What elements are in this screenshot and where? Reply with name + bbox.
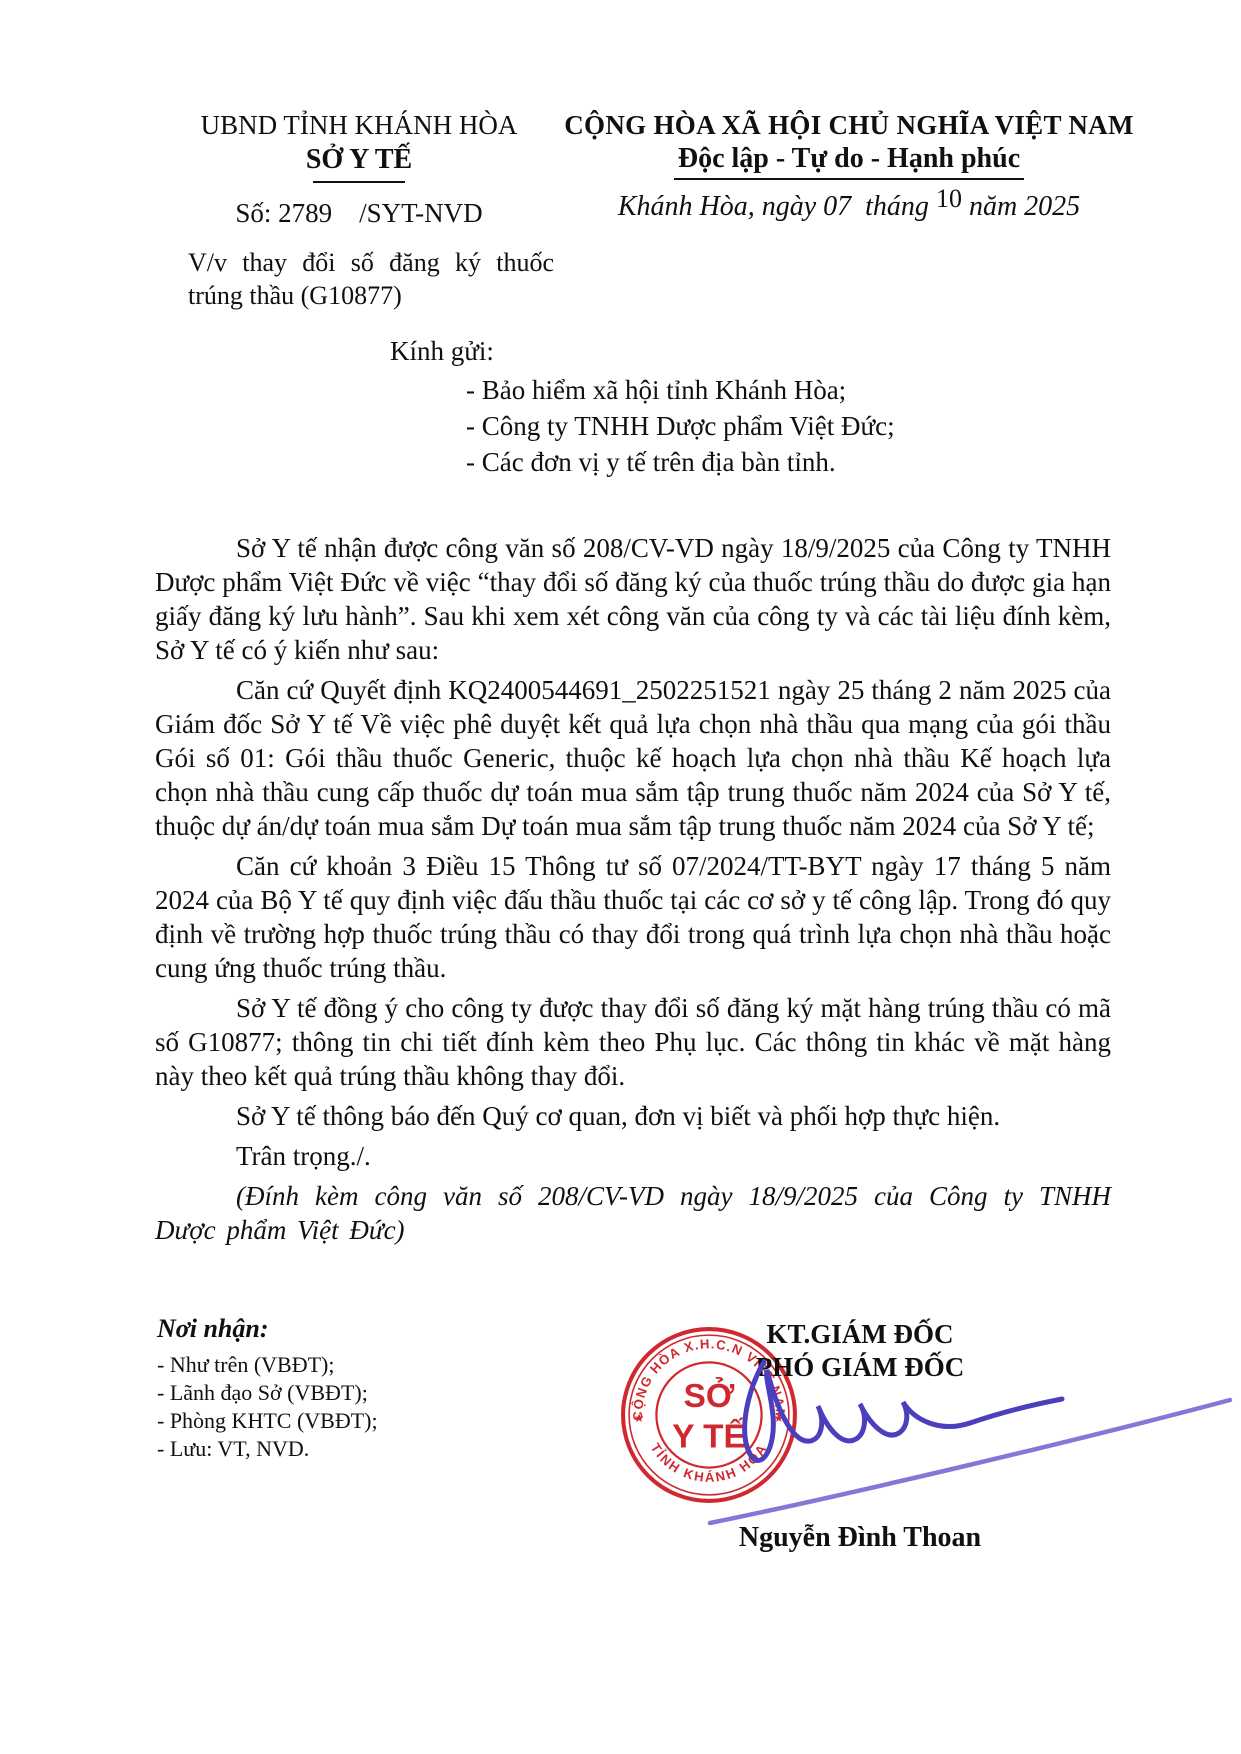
place-date-line: Khánh Hòa, ngày 07 tháng 10 năm 2025 <box>553 191 1145 223</box>
distribution-item: - Lãnh đạo Sở (VBĐT); <box>157 1379 378 1407</box>
seal-star-left-icon: ★ <box>634 1411 645 1425</box>
paragraph: Căn cứ khoản 3 Điều 15 Thông tư số 07/20… <box>155 849 1111 985</box>
recipient-line: - Các đơn vị y tế trên địa bàn tỉnh. <box>466 444 895 480</box>
signature-stroke-main <box>745 1362 1062 1460</box>
salutation-recipients: - Bảo hiểm xã hội tỉnh Khánh Hòa; - Công… <box>466 372 895 480</box>
subject-line: V/v thay đổi số đăng ký thuốc trúng thầu… <box>188 246 554 312</box>
paragraph: Sở Y tế thông báo đến Quý cơ quan, đơn v… <box>155 1099 1111 1133</box>
place-date-prefix: Khánh Hòa, ngày 07 <box>618 191 851 222</box>
recipient-line: - Bảo hiểm xã hội tỉnh Khánh Hòa; <box>466 372 895 408</box>
issuer-org-name: SỞ Y TẾ <box>138 144 580 176</box>
paragraph: Căn cứ Quyết định KQ2400544691_250225152… <box>155 673 1111 843</box>
distribution-list: - Như trên (VBĐT); - Lãnh đạo Sở (VBĐT);… <box>157 1351 378 1463</box>
distribution-item: - Phòng KHTC (VBĐT); <box>157 1407 378 1435</box>
distribution-item: - Lưu: VT, NVD. <box>157 1435 378 1463</box>
month-value: 10 <box>936 184 962 213</box>
paragraph: Sở Y tế đồng ý cho công ty được thay đổi… <box>155 991 1111 1093</box>
issuer-underline <box>313 181 405 183</box>
national-title: CỘNG HÒA XÃ HỘI CHỦ NGHĨA VIỆT NAM <box>553 110 1145 141</box>
issuer-block: UBND TỈNH KHÁNH HÒA SỞ Y TẾ Số: 2789 /SY… <box>138 110 580 229</box>
national-motto: Độc lập - Tự do - Hạnh phúc <box>674 143 1024 180</box>
body-text: Sở Y tế nhận được công văn số 208/CV-VD … <box>155 531 1111 1253</box>
handwritten-signature <box>652 1344 1241 1542</box>
year-part: năm 2025 <box>969 191 1080 222</box>
document-page: UBND TỈNH KHÁNH HÒA SỞ Y TẾ Số: 2789 /SY… <box>0 0 1241 1754</box>
recipient-line: - Công ty TNHH Dược phẩm Việt Đức; <box>466 408 895 444</box>
issuer-parent-org: UBND TỈNH KHÁNH HÒA <box>138 110 580 141</box>
distribution-block: Nơi nhận: - Như trên (VBĐT); - Lãnh đạo … <box>157 1314 378 1463</box>
salutation-label: Kính gửi: <box>390 336 494 367</box>
distribution-label: Nơi nhận: <box>157 1314 378 1344</box>
national-heading-block: CỘNG HÒA XÃ HỘI CHỦ NGHĨA VIỆT NAM Độc l… <box>553 110 1145 223</box>
paragraph: Sở Y tế nhận được công văn số 208/CV-VD … <box>155 531 1111 667</box>
closing-line: Trân trọng./. <box>155 1139 1111 1173</box>
distribution-item: - Như trên (VBĐT); <box>157 1351 378 1379</box>
attachment-note: (Đính kèm công văn số 208/CV-VD ngày 18/… <box>155 1179 1111 1247</box>
signature-stroke-flourish <box>710 1400 1230 1523</box>
month-label: tháng <box>865 191 929 222</box>
document-number: Số: 2789 /SYT-NVD <box>138 198 580 229</box>
